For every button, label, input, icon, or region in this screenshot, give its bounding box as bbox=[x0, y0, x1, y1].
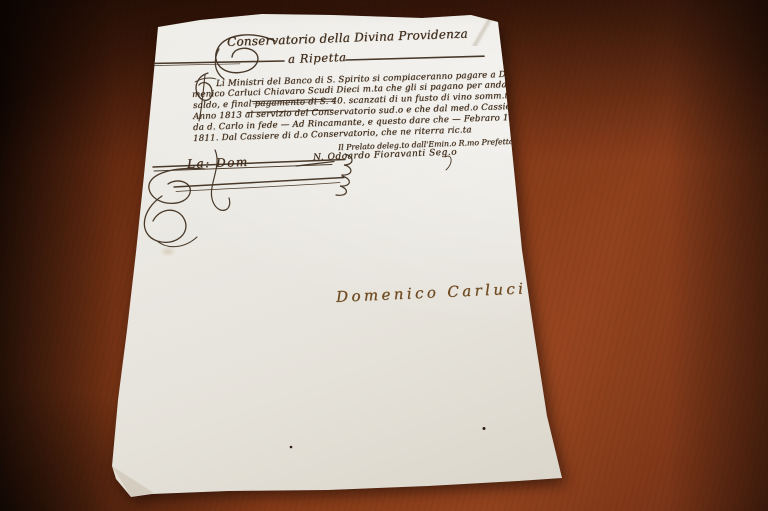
ink-dot bbox=[483, 427, 486, 430]
header-initial-flourish bbox=[216, 35, 275, 73]
ink-flourish-strokes bbox=[0, 0, 768, 511]
manuscript-paper: Conservatorio della Divina Providenza a … bbox=[0, 0, 768, 511]
photo-scene: Conservatorio della Divina Providenza a … bbox=[0, 0, 768, 511]
underline-amount bbox=[247, 110, 333, 113]
header-rule-right bbox=[346, 56, 484, 60]
ink-dot bbox=[290, 446, 293, 449]
underline-scudi bbox=[252, 99, 334, 102]
header-rule-left-echo bbox=[150, 64, 240, 66]
paper-sheet: Conservatorio della Divina Providenza a … bbox=[0, 0, 768, 511]
